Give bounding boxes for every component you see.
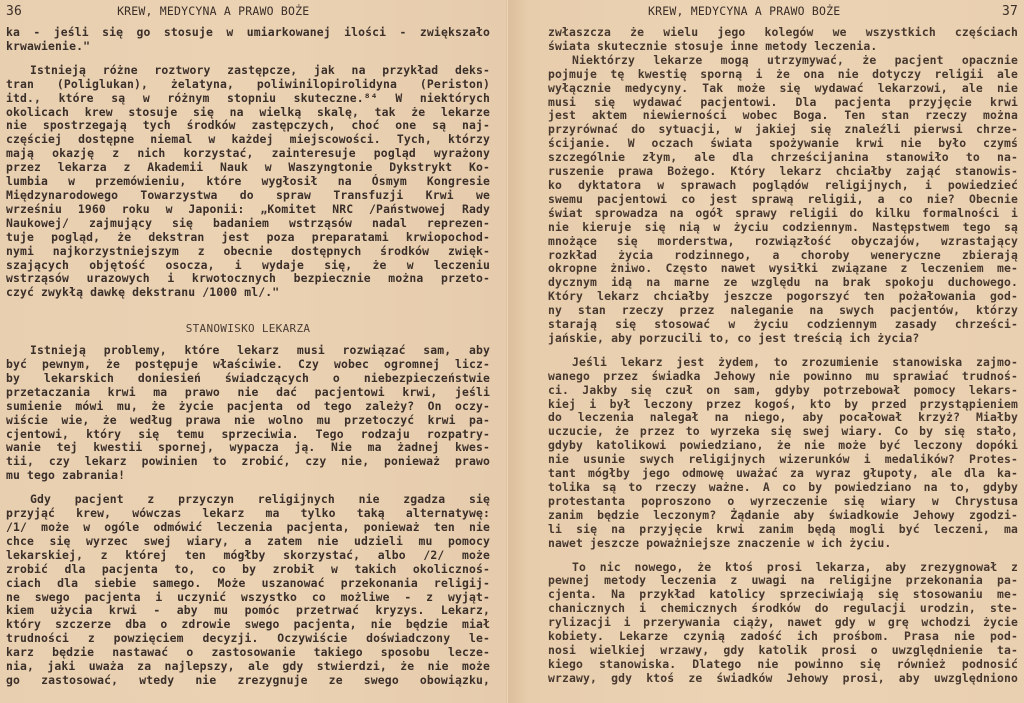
- text-line: lekarskiej, z której ten mógłby skorzyst…: [6, 549, 490, 563]
- text-line: ko dyktatora w sprawach poglądów religij…: [548, 179, 1018, 193]
- text-line: ny stan rzeczy przez naleganie na swych …: [548, 304, 1018, 318]
- left-page-body: ka - jeśli się go stosuje w umiarkowanej…: [6, 26, 490, 688]
- text-line: nawet jeszcze poważniejsze znaczenie w i…: [548, 537, 1018, 551]
- text-line: wstrząsów urazowych i krwotocznych bezpi…: [6, 272, 490, 286]
- text-line: do leczenia nalegał na niego, aby pocało…: [548, 411, 1018, 425]
- text-line: być pewnym, że postępuje właściwie. Czy …: [6, 358, 490, 372]
- text-line: mnożące się morderstwa, rozwiązłość obyc…: [548, 235, 1018, 249]
- text-line: czyć zwykłą dawkę dekstranu /1000 ml/.": [6, 286, 490, 300]
- text-line: wiście wie, że według prawa nie wolno mu…: [6, 414, 490, 428]
- text-line: tran (Poliglukan), żelatyna, poliwinilop…: [6, 78, 490, 92]
- page-number-left: 36: [6, 4, 22, 19]
- text-line: wrześniu 1960 roku w Japonii: „Komitet N…: [6, 203, 490, 217]
- text-line: cjentowi, który się temu sprzeciwia. Teg…: [6, 428, 490, 442]
- text-line: nie usunie swych religijnych wizerunków …: [548, 453, 1018, 467]
- paragraph: Niektórzy lekarze mogą utrzymywać, że pa…: [548, 54, 1018, 346]
- text-line: Istnieją różne roztwory zastępcze, jak n…: [6, 64, 490, 78]
- text-line: szających objętość osocza, i wydaje się,…: [6, 259, 490, 273]
- text-line: tolika są to rzeczy ważne. A co by powie…: [548, 481, 1018, 495]
- text-line: zrobić dla pacjenta to, co by zrobił w t…: [6, 563, 490, 577]
- text-line: musi się wydawać pacjentowi. Dla pacjent…: [548, 96, 1018, 110]
- text-line: jest aktem niewierności wobec Boga. Ten …: [548, 109, 1018, 123]
- section-heading: STANOWISKO LEKARZA: [6, 322, 490, 336]
- text-line: nosi wielkiej wrzawy, gdy katolik prosi …: [548, 644, 1018, 658]
- text-line: sumienie mówi mu, że życie pacjenta od t…: [6, 400, 490, 414]
- text-line: ne swego pacjenta i uczynić wszystko co …: [6, 591, 490, 605]
- text-line: Który lekarz chciałby jeszcze pogorszyć …: [548, 290, 1018, 304]
- text-line: Naukowej/ zajmujący się badaniem wstrząs…: [6, 217, 490, 231]
- text-line: pewnej metody leczenia z uwagi na religi…: [548, 574, 1018, 588]
- text-line: ruszenie prawa Bożego. Który lekarz chci…: [548, 165, 1018, 179]
- text-line: krwawienie.": [6, 40, 490, 54]
- text-line: itd., które są w różnym stopniu skuteczn…: [6, 92, 490, 106]
- text-line: li się na przyjęcie krwi zanim będą mogl…: [548, 523, 1018, 537]
- paragraph: ka - jeśli się go stosuje w umiarkowanej…: [6, 26, 490, 54]
- text-line: mu tego zabrania!: [6, 469, 490, 483]
- paragraph: Jeśli lekarz jest żydem, to zrozumienie …: [548, 356, 1018, 551]
- text-line: gdyby katolikowi powiedziano, że nie moż…: [548, 439, 1018, 453]
- text-line: ci. Jakby się czuł on sam, gdyby potrzeb…: [548, 384, 1018, 398]
- text-line: zwłaszcza że wielu jego kolegów we wszys…: [548, 26, 1018, 40]
- text-line: cjenta. Na przykład katolicy sprzeciwiaj…: [548, 588, 1018, 602]
- text-line: okolicach krew stosuje się na wielką ska…: [6, 106, 490, 120]
- text-line: chanicznych i chemicznych środków do reg…: [548, 602, 1018, 616]
- text-line: mają okazję z nich korzystać, zainteresu…: [6, 147, 490, 161]
- text-line: Istnieją problemy, które lekarz musi roz…: [6, 344, 490, 358]
- text-line: kiego stanowiska. Dlatego nie powinno si…: [548, 658, 1018, 672]
- text-line: nie kieruje się nią w życiu codziennym. …: [548, 221, 1018, 235]
- text-line: starają się stosować w życiu codziennym …: [548, 318, 1018, 332]
- text-line: Niektórzy lekarze mogą utrzymywać, że pa…: [548, 54, 1018, 68]
- paragraph: Istnieją różne roztwory zastępcze, jak n…: [6, 64, 490, 300]
- text-line: chce się wyrzec swej wiary, a zatem nie …: [6, 535, 490, 549]
- text-line: Międzynarodowego Towarzystwa do spraw Tr…: [6, 189, 490, 203]
- paragraph: To nic nowego, że ktoś prosi lekarza, ab…: [548, 561, 1018, 686]
- page-number-right: 37: [1002, 4, 1018, 19]
- text-line: go zastosować, wtedy nie zrezygnuje ze s…: [6, 674, 490, 688]
- text-line: tant mógłby jego odmowę uważać za wyraz …: [548, 467, 1018, 481]
- text-line: wyłącznie medycyny. Tak może się wydawać…: [548, 82, 1018, 96]
- text-line: protestanta poproszono o wyrzeczenie się…: [548, 495, 1018, 509]
- right-page-body: zwłaszcza że wielu jego kolegów we wszys…: [548, 26, 1018, 686]
- text-line: /1/ może w ogóle odmówić leczenia pacjen…: [6, 521, 490, 535]
- text-line: ka - jeśli się go stosuje w umiarkowanej…: [6, 26, 490, 40]
- text-line: przetaczania krwi ma prawo nie dać pacje…: [6, 386, 490, 400]
- text-line: wrzawy, gdy ktoś ze świadków Jehowy pros…: [548, 672, 1018, 686]
- text-line: Jeśli lekarz jest żydem, to zrozumienie …: [548, 356, 1018, 370]
- left-page: 36 KREW, MEDYCYNA A PRAWO BOŻE ka - jeśl…: [0, 0, 508, 703]
- running-head-right: KREW, MEDYCYNA A PRAWO BOŻE 37: [548, 4, 1018, 26]
- text-line: dycznym idą na marne ze względu na brak …: [548, 276, 1018, 290]
- text-line: ciach dla siebie samego. Może uszanować …: [6, 577, 490, 591]
- right-page: KREW, MEDYCYNA A PRAWO BOŻE 37 zwłaszcza…: [508, 0, 1024, 703]
- text-line: nymi najkorzystniejszym z obecnie dostęp…: [6, 245, 490, 259]
- text-line: zanim będzie leczonym? Żądanie aby świad…: [548, 509, 1018, 523]
- text-line: tuje pogląd, że dekstran jest poza prepa…: [6, 231, 490, 245]
- running-title-right: KREW, MEDYCYNA A PRAWO BOŻE: [648, 4, 1002, 18]
- paragraph: zwłaszcza że wielu jego kolegów we wszys…: [548, 26, 1018, 54]
- text-line: kiem użycia krwi - aby mu pomóc przetrwa…: [6, 604, 490, 618]
- text-line: kobiety. Lekarze czynią zadość ich prośb…: [548, 630, 1018, 644]
- text-line: Gdy pacjent z przyczyn religijnych nie z…: [6, 493, 490, 507]
- text-line: przyjąć krew, wówczas lekarz ma tylko ta…: [6, 507, 490, 521]
- text-line: lumbia w przemówieniu, które wygłosił na…: [6, 175, 490, 189]
- text-line: przyrównać do sytuacji, w jakiej się zna…: [548, 123, 1018, 137]
- text-line: nia, jaki uważa za najlepszy, ale gdy st…: [6, 660, 490, 674]
- running-head-left: 36 KREW, MEDYCYNA A PRAWO BOŻE: [6, 4, 490, 26]
- text-line: świat sprowadza na ogół sprawy religii d…: [548, 207, 1018, 221]
- text-line: świata skutecznie stosuje inne metody le…: [548, 40, 1018, 54]
- text-line: karz będzie nastawać o zastosowanie taki…: [6, 646, 490, 660]
- text-line: szczególnie złym, ale dla chrześcijanina…: [548, 151, 1018, 165]
- text-line: uczucie, że przez to wyrzeka się swej wi…: [548, 425, 1018, 439]
- running-title-left: KREW, MEDYCYNA A PRAWO BOŻE: [117, 4, 490, 18]
- text-line: częściej dostępne niemal w każdej miejsc…: [6, 133, 490, 147]
- text-line: nie spostrzegają tych środków zastępczyc…: [6, 119, 490, 133]
- text-line: rozkład życia rodzinnego, a choroby wene…: [548, 249, 1018, 263]
- text-line: ścijanie. W oczach świata spożywanie krw…: [548, 137, 1018, 151]
- text-line: swemu pacjentowi co jest sprawą religii,…: [548, 193, 1018, 207]
- text-line: by lekarskich doniesień świadczących o n…: [6, 372, 490, 386]
- text-line: wanie tej kwestii spornej, wypacza ją. N…: [6, 441, 490, 455]
- text-line: który szczerze dba o zdrowie swego pacje…: [6, 618, 490, 632]
- text-line: pojmuje tę kwestię sporną i że ona nie d…: [548, 68, 1018, 82]
- text-line: wanego przez świadka Jehowy nie powinno …: [548, 370, 1018, 384]
- paragraph: Gdy pacjent z przyczyn religijnych nie z…: [6, 493, 490, 688]
- text-line: tii, czy lekarz powinien to zrobić, czy …: [6, 455, 490, 469]
- text-line: okropne żniwo. Często nawet wysiłki zwią…: [548, 262, 1018, 276]
- paragraph: Istnieją problemy, które lekarz musi roz…: [6, 344, 490, 483]
- text-line: trudności z powzięciem decyzji. Oczywiśc…: [6, 632, 490, 646]
- text-line: jańskie, aby porzucili to, co jest treśc…: [548, 332, 1018, 346]
- text-line: To nic nowego, że ktoś prosi lekarza, ab…: [548, 561, 1018, 575]
- text-line: rylizacji i przerywania ciąży, nawet gdy…: [548, 616, 1018, 630]
- book-spread: 36 KREW, MEDYCYNA A PRAWO BOŻE ka - jeśl…: [0, 0, 1024, 703]
- text-line: przez lekarza z Akademii Nauk w Waszyngt…: [6, 161, 490, 175]
- text-line: kiej i był leczony przez kogoś, kto by p…: [548, 398, 1018, 412]
